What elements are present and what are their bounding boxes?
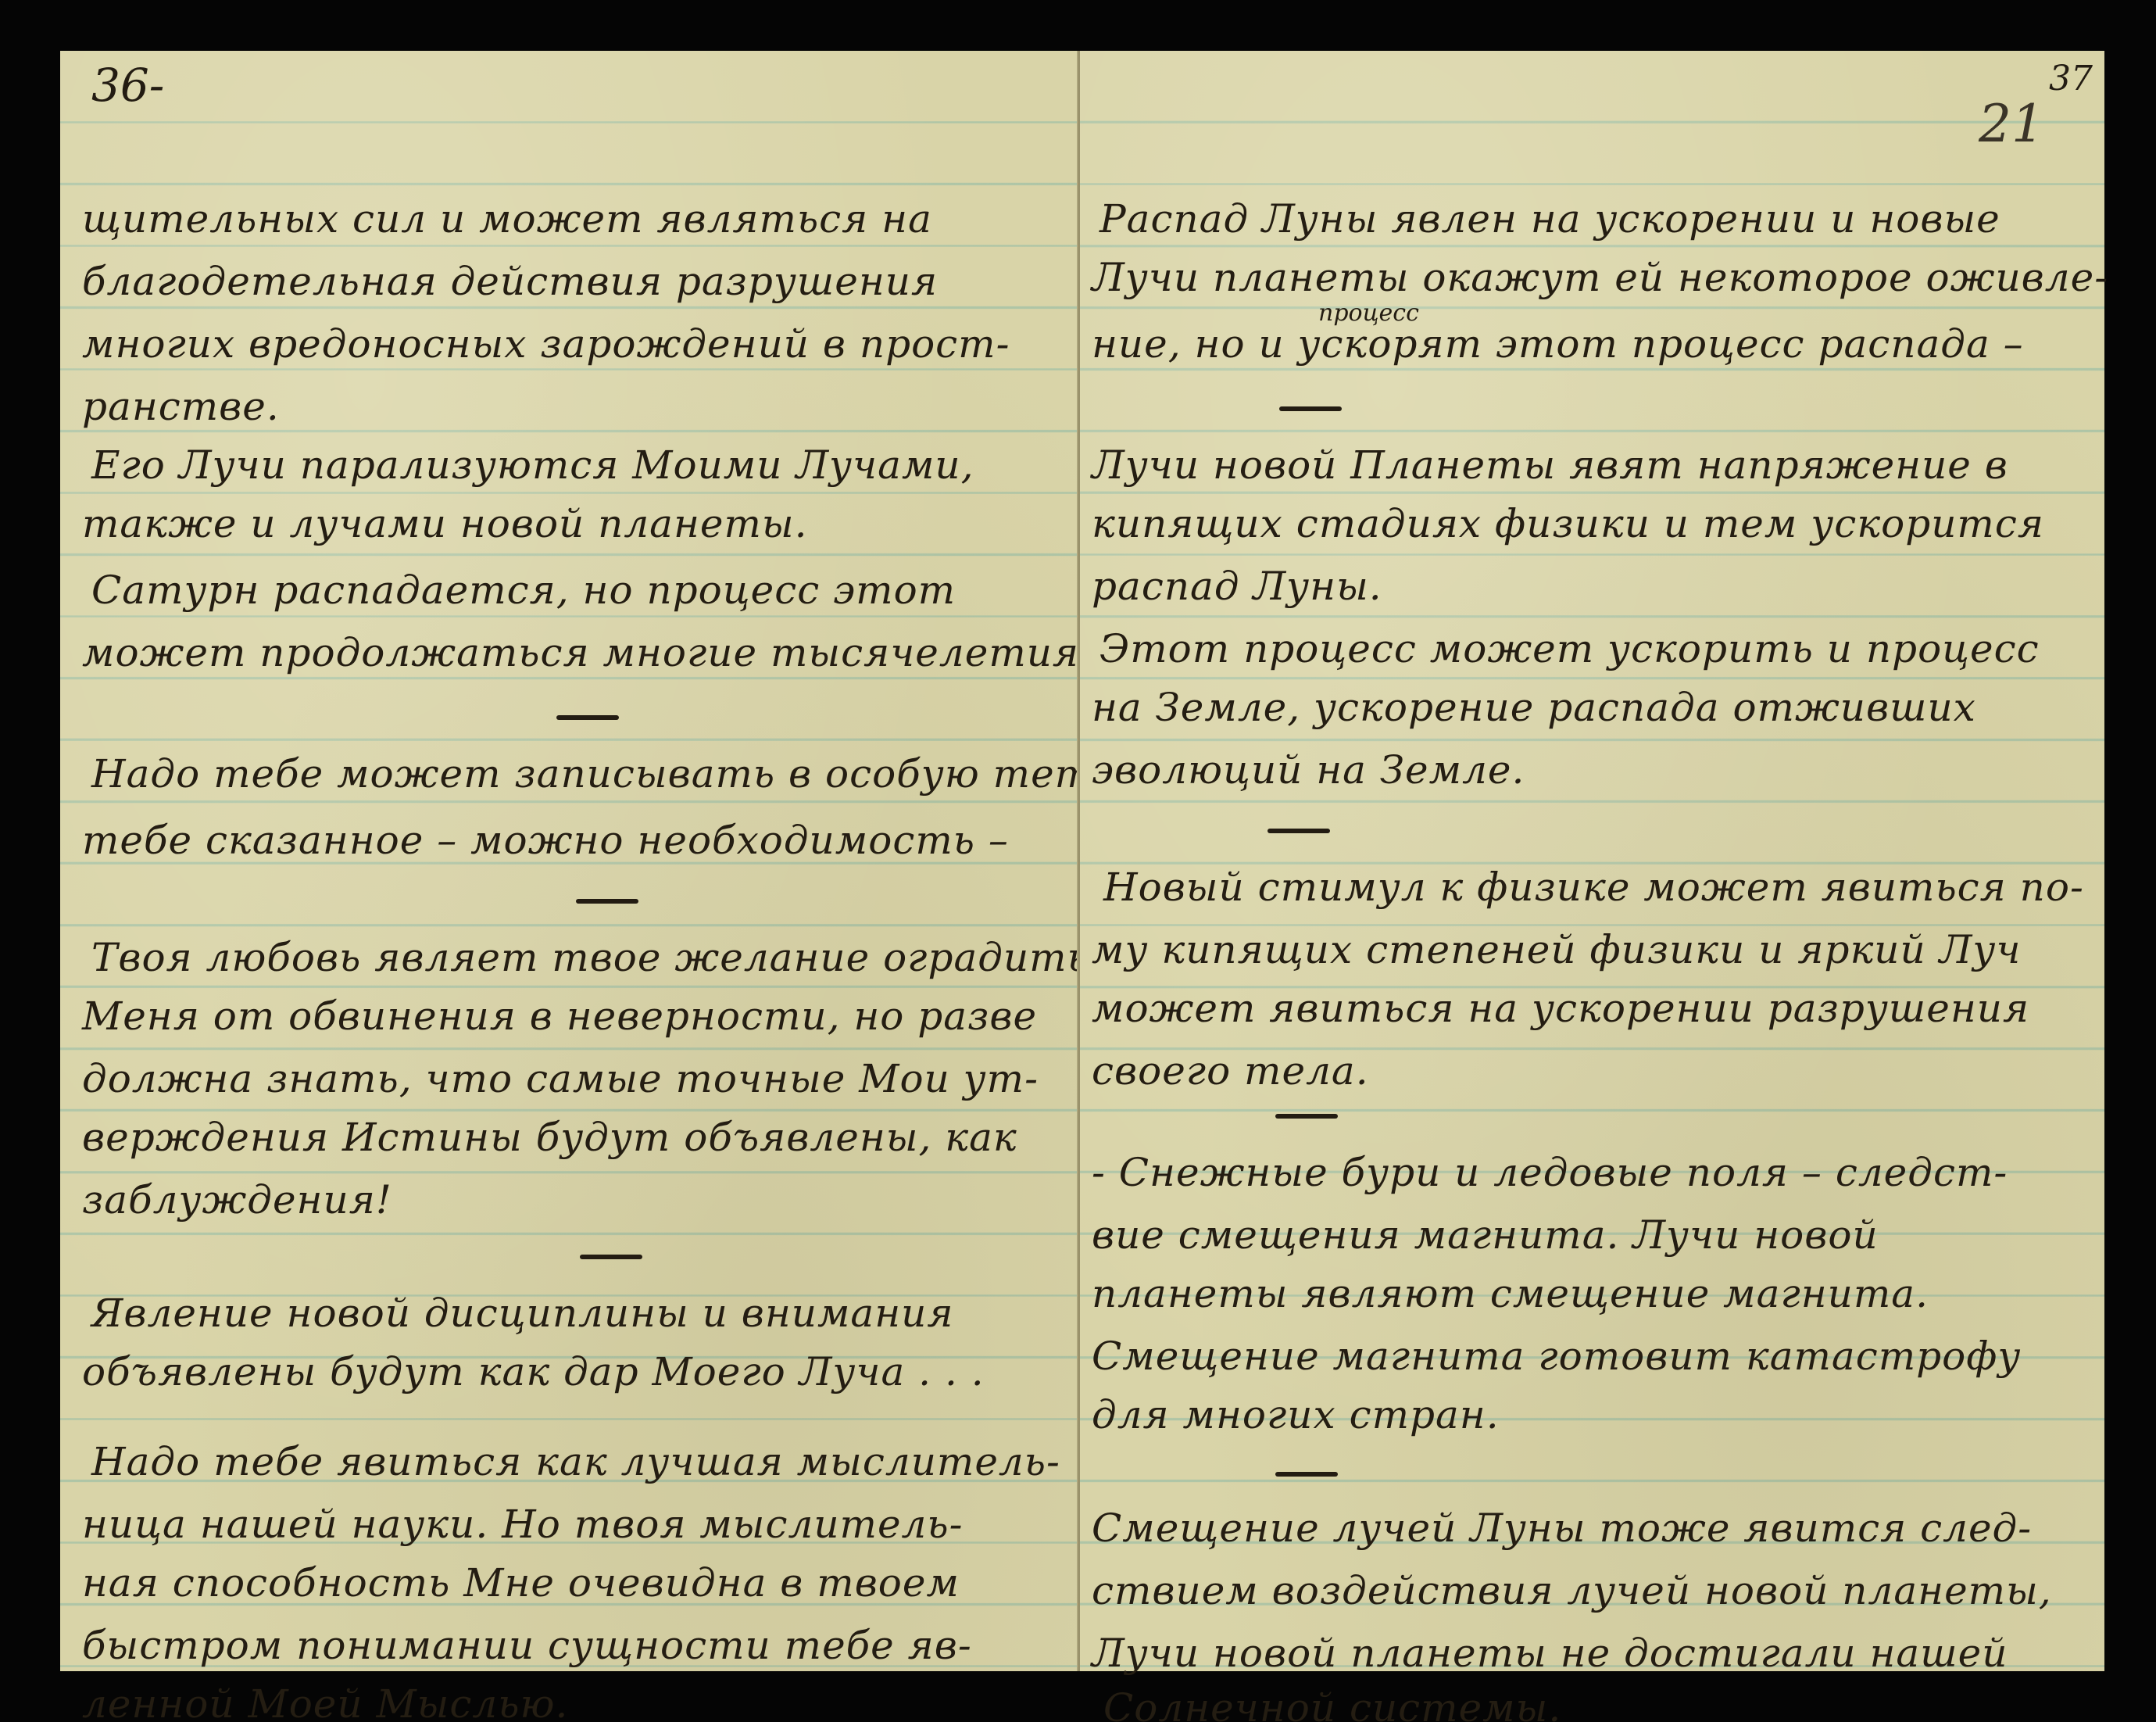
text-line: Лучи новой планеты не достигали нашей: [1092, 1634, 2008, 1673]
section-divider: [1279, 406, 1342, 411]
text-line: заблуждения!: [82, 1180, 392, 1219]
text-line: Сатурн распадается, но процесс этот: [91, 571, 956, 610]
text-line: Лучи новой Планеты явят напряжение в: [1092, 446, 2008, 485]
text-line: Лучи планеты окажут ей некоторое оживле-: [1092, 258, 2108, 297]
text-line: тебе сказанное – можно необходимость –: [82, 821, 1009, 860]
text-line: щительных сил и может являться на: [82, 199, 932, 238]
text-line: должна знать, что самые точные Мои ут-: [82, 1059, 1039, 1098]
text-line: Смещение лучей Луны тоже явится след-: [1092, 1509, 2032, 1548]
text-line: верждения Истины будут объявлены, как: [82, 1118, 1017, 1157]
left-page-number: 36-: [91, 59, 164, 112]
text-line: эволюций на Земле.: [1092, 750, 1525, 789]
text-line: вие смещения магнита. Лучи новой: [1092, 1215, 1879, 1255]
text-line: ница нашей науки. Но твоя мыслитель-: [82, 1505, 964, 1544]
text-line: ние, но и ускорят этот процесс распада –: [1092, 324, 2024, 363]
text-line: для многих стран.: [1092, 1395, 1500, 1434]
text-line: может явиться на ускорении разрушения: [1092, 989, 2029, 1028]
text-line: распад Луны.: [1092, 567, 1382, 606]
text-line: кипящих стадиях физики и тем ускорится: [1092, 504, 2044, 543]
text-line: на Земле, ускорение распада отживших: [1092, 688, 1976, 727]
text-line: многих вредоносных зарождений в прост-: [82, 324, 1010, 363]
section-divider: [1275, 1114, 1338, 1119]
section-divider: [580, 1255, 642, 1259]
text-line: Смещение магнита готовит катастрофу: [1092, 1337, 2021, 1376]
text-line: своего тела.: [1092, 1051, 1369, 1090]
text-line: объявлены будут как дар Моего Луча . . .: [82, 1352, 985, 1391]
text-line: ленной Моей Мыслью.: [82, 1684, 568, 1722]
text-line: ствием воздействия лучей новой планеты,: [1092, 1571, 2052, 1610]
right-page: 21 37 Распад Луны явлен на ускорении и н…: [1080, 51, 2104, 1671]
text-line: Явление новой дисциплины и внимания: [91, 1294, 953, 1333]
text-line: благодетельная действия разрушения: [82, 262, 938, 301]
left-page: 36- щительных сил и может являться на бл…: [60, 51, 1078, 1671]
text-line: Твоя любовь являет твое желание оградить: [91, 938, 1089, 977]
text-line: Надо тебе может записывать в особую тетр…: [91, 754, 1190, 793]
section-divider: [556, 715, 619, 720]
text-line: планеты являют смещение магнита.: [1092, 1274, 1929, 1313]
section-divider: [1267, 829, 1330, 833]
text-line: ная способность Мне очевидна в твоем: [82, 1563, 960, 1602]
text-line: Солнечной системы.: [1103, 1688, 1561, 1722]
text-line: Его Лучи парализуются Моими Лучами,: [91, 446, 974, 485]
text-line: му кипящих степеней физики и яркий Луч: [1092, 930, 2021, 969]
folio-number: 21: [1979, 94, 2044, 154]
text-line: также и лучами новой планеты.: [82, 504, 808, 543]
text-line: Надо тебе явиться как лучшая мыслитель-: [91, 1442, 1060, 1481]
text-line: может продолжаться многие тысячелетия.: [82, 633, 1092, 672]
right-page-number: 37: [2049, 59, 2093, 98]
text-line: - Снежные бури и ледовые поля – следст-: [1092, 1153, 2008, 1192]
text-line: быстром понимании сущности тебе яв-: [82, 1626, 972, 1665]
section-divider: [576, 899, 638, 904]
text-line: Меня от обвинения в неверности, но разве: [82, 997, 1037, 1036]
text-line: Этот процесс может ускорить и процесс: [1099, 629, 2040, 668]
notebook-spread: 36- щительных сил и может являться на бл…: [60, 51, 2104, 1671]
text-line: ранстве.: [82, 387, 280, 426]
text-line: Распад Луны явлен на ускорении и новые: [1099, 199, 2000, 238]
section-divider: [1275, 1472, 1338, 1477]
text-line: Новый стимул к физике может явиться по-: [1103, 868, 2084, 907]
